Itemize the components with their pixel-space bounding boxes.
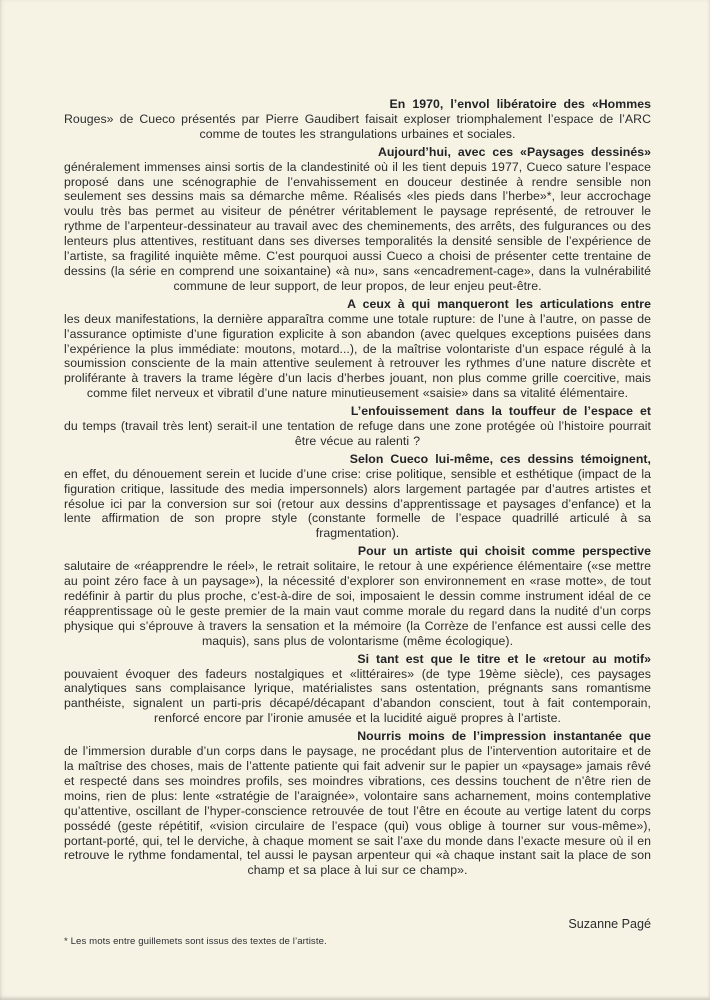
paragraph: En 1970, l’envol libératoire des «Hommes… bbox=[64, 97, 651, 142]
paragraph-lead-in: Pour un artiste qui choisit comme perspe… bbox=[64, 544, 651, 559]
paragraph-lead-in: A ceux à qui manqueront les articulation… bbox=[64, 297, 651, 312]
paragraph-lead-in: Si tant est que le titre et le «retour a… bbox=[64, 652, 651, 667]
paragraph-body: du temps (travail très lent) serait-il u… bbox=[64, 419, 651, 449]
paragraph-body: de l’immersion durable d’un corps dans l… bbox=[64, 744, 651, 878]
signature-author: Suzanne Pagé bbox=[568, 917, 651, 931]
paragraph-lead-in: Nourris moins de l’impression instantané… bbox=[64, 729, 651, 744]
paragraph-lead-in: Aujourd’hui, avec ces «Paysages dessinés… bbox=[64, 145, 651, 160]
paragraph-body: Rouges» de Cueco présentés par Pierre Ga… bbox=[64, 112, 651, 142]
paragraph-body: les deux manifestations, la dernière app… bbox=[64, 312, 651, 401]
paragraph-body: en effet, du dénouement serein et lucide… bbox=[64, 467, 651, 542]
paragraph-lead-in: Selon Cueco lui-même, ces dessins témoig… bbox=[64, 452, 651, 467]
paragraph: Selon Cueco lui-même, ces dessins témoig… bbox=[64, 452, 651, 541]
paragraph-lead-in: En 1970, l’envol libératoire des «Hommes bbox=[64, 97, 651, 112]
article-text: En 1970, l’envol libératoire des «Hommes… bbox=[64, 97, 651, 881]
paragraph: Pour un artiste qui choisit comme perspe… bbox=[64, 544, 651, 648]
paragraph-body: généralement immenses ainsi sortis de la… bbox=[64, 160, 651, 294]
paragraph: Aujourd’hui, avec ces «Paysages dessinés… bbox=[64, 145, 651, 294]
paragraph: A ceux à qui manqueront les articulation… bbox=[64, 297, 651, 401]
paragraph: Si tant est que le titre et le «retour a… bbox=[64, 652, 651, 727]
footnote: * Les mots entre guillemets sont issus d… bbox=[64, 936, 327, 947]
paragraph: L’enfouissement dans la touffeur de l’es… bbox=[64, 404, 651, 449]
paragraph-body: salutaire de «réapprendre le réel», le r… bbox=[64, 559, 651, 648]
paragraph-body: pouvaient évoquer des fadeurs nostalgiqu… bbox=[64, 667, 651, 727]
paragraph-lead-in: L’enfouissement dans la touffeur de l’es… bbox=[64, 404, 651, 419]
paragraph: Nourris moins de l’impression instantané… bbox=[64, 729, 651, 878]
document-page: En 1970, l’envol libératoire des «Hommes… bbox=[0, 0, 710, 1000]
